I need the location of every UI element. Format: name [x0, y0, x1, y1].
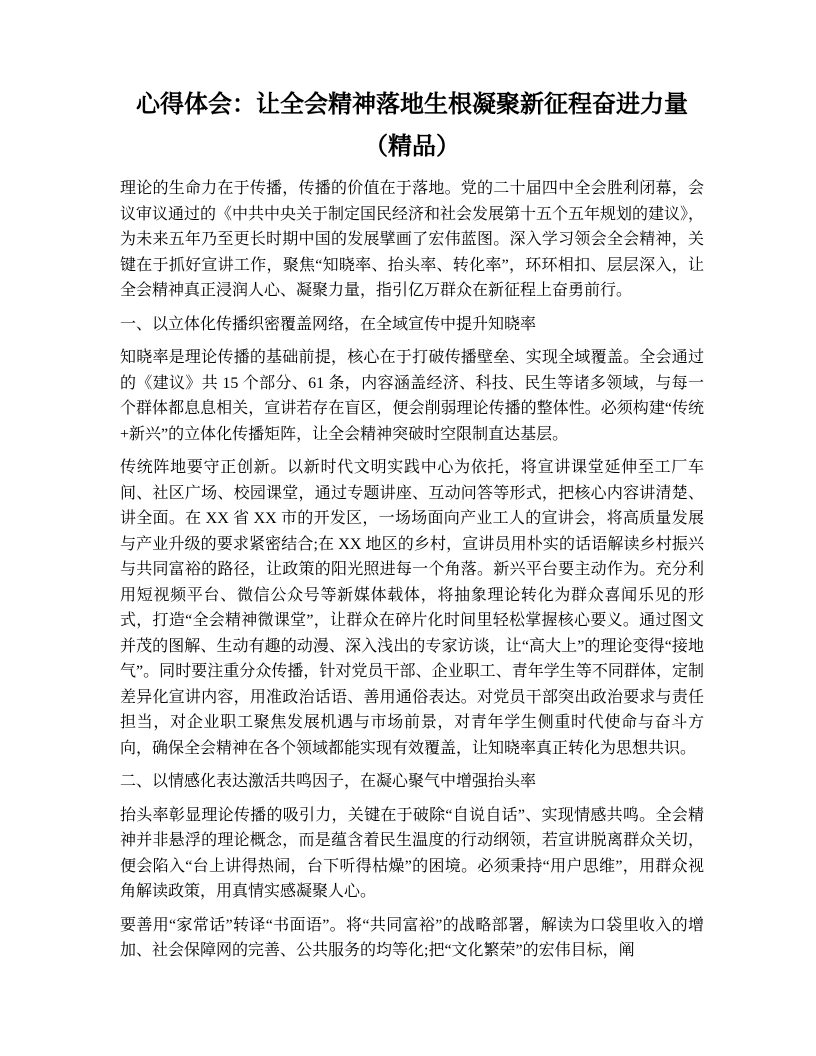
section-1-paragraph-1: 知晓率是理论传播的基础前提，核心在于打破传播壁垒、实现全域覆盖。全会通过的《建议…	[120, 345, 704, 447]
document-title: 心得体会：让全会精神落地生根凝聚新征程奋进力量 （精品）	[120, 84, 704, 168]
document-title-line-1: 心得体会：让全会精神落地生根凝聚新征程奋进力量	[120, 84, 704, 126]
section-2-heading: 二、以情感化表达激活共鸣因子，在凝心聚气中增强抬头率	[120, 769, 704, 795]
section-1-heading: 一、以立体化传播织密覆盖网络，在全域宣传中提升知晓率	[120, 312, 704, 338]
section-2-paragraph-1: 抬头率彰显理论传播的吸引力，关键在于破除“自说自话”、实现情感共鸣。全会精神并非…	[120, 803, 704, 905]
section-2-paragraph-2-truncated: 要善用“家常话”转译“书面语”。将“共同富裕”的战略部署，解读为口袋里收入的增加…	[120, 913, 704, 964]
section-1-paragraph-2: 传统阵地要守正创新。以新时代文明实践中心为依托，将宣讲课堂延伸至工厂车间、社区广…	[120, 455, 704, 761]
intro-paragraph: 理论的生命力在于传播，传播的价值在于落地。党的二十届四中全会胜利闭幕，会议审议通…	[120, 176, 704, 304]
document-page: 心得体会：让全会精神落地生根凝聚新征程奋进力量 （精品） 理论的生命力在于传播，…	[0, 0, 816, 1056]
document-title-line-2: （精品）	[120, 126, 704, 168]
